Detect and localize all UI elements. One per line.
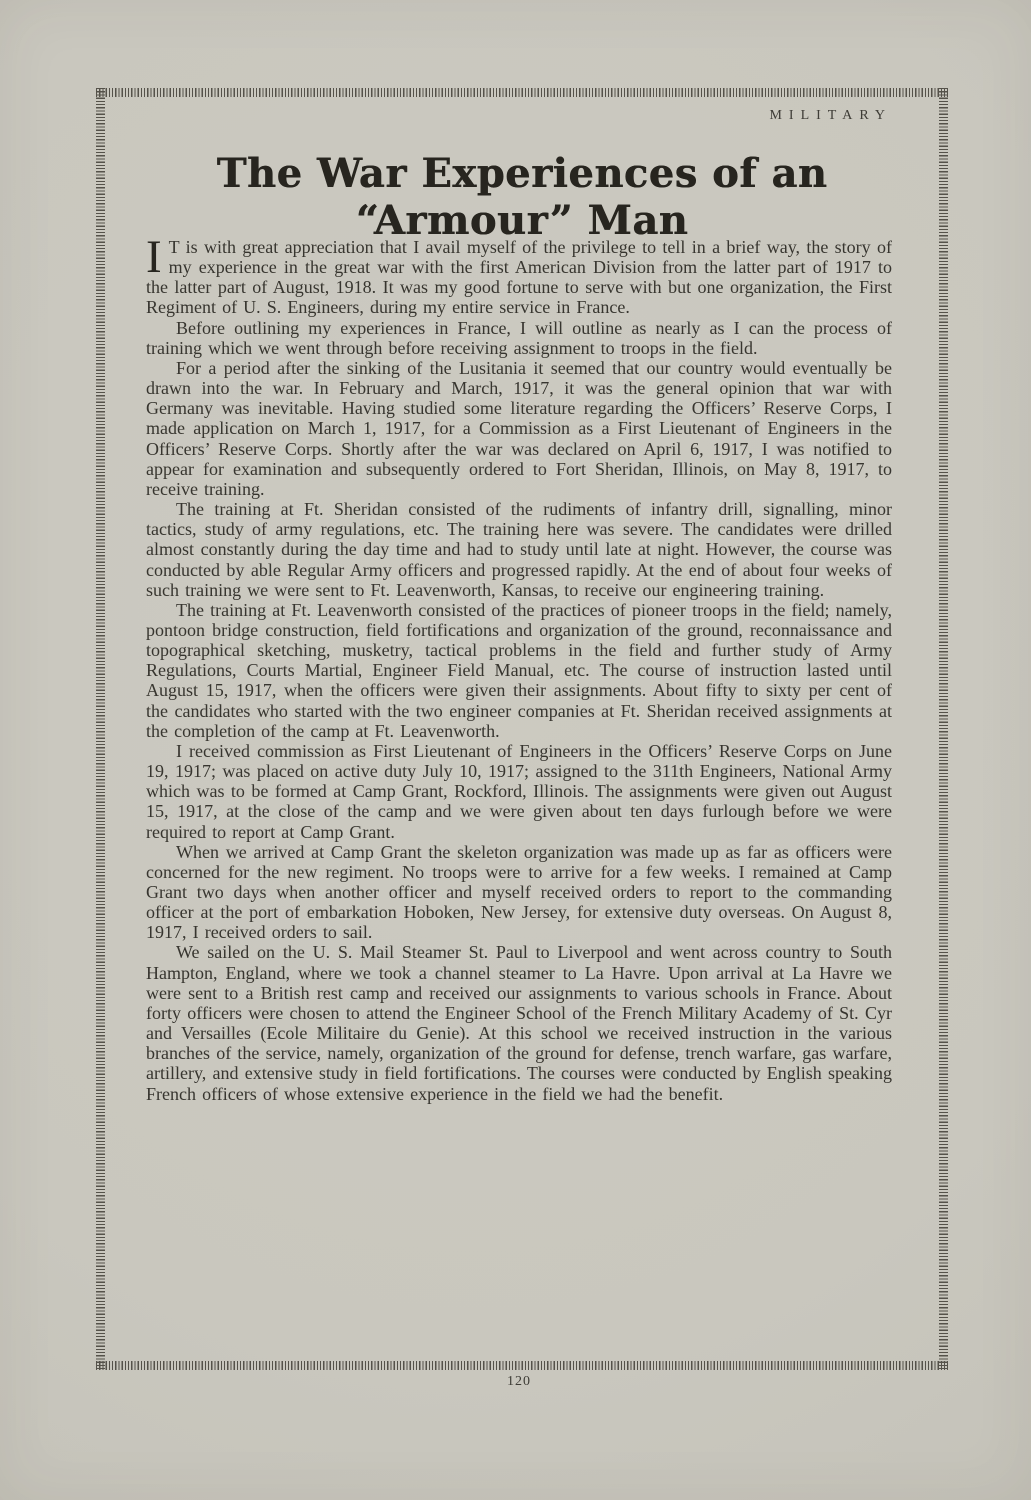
- paragraph-1-text: T is with great appreciation that I avai…: [146, 237, 892, 317]
- scanned-book-page: MILITARY The War Experiences of an “Armo…: [0, 0, 1031, 1500]
- dropcap-letter: I: [146, 237, 169, 275]
- border-hatch-bottom: [96, 1361, 948, 1370]
- paragraph-2: Before outlining my experiences in Franc…: [146, 318, 892, 358]
- paragraph-6: I received commission as First Lieutenan…: [146, 741, 892, 842]
- section-label: MILITARY: [146, 108, 892, 124]
- page-title: The War Experiences of an “Armour” Man: [110, 150, 934, 244]
- paragraph-1: IT is with great appreciation that I ava…: [146, 237, 892, 318]
- paragraph-5: The training at Ft. Leavenworth consiste…: [146, 600, 892, 741]
- page-number: 120: [146, 1374, 892, 1390]
- border-hatch-left: [96, 88, 105, 1370]
- border-hatch-top: [96, 88, 948, 97]
- paragraph-7: When we arrived at Camp Grant the skelet…: [146, 842, 892, 943]
- article-body: IT is with great appreciation that I ava…: [146, 237, 892, 1104]
- paragraph-4: The training at Ft. Sheridan consisted o…: [146, 499, 892, 600]
- paragraph-3: For a period after the sinking of the Lu…: [146, 358, 892, 499]
- border-hatch-right: [939, 88, 948, 1370]
- paragraph-8: We sailed on the U. S. Mail Steamer St. …: [146, 942, 892, 1103]
